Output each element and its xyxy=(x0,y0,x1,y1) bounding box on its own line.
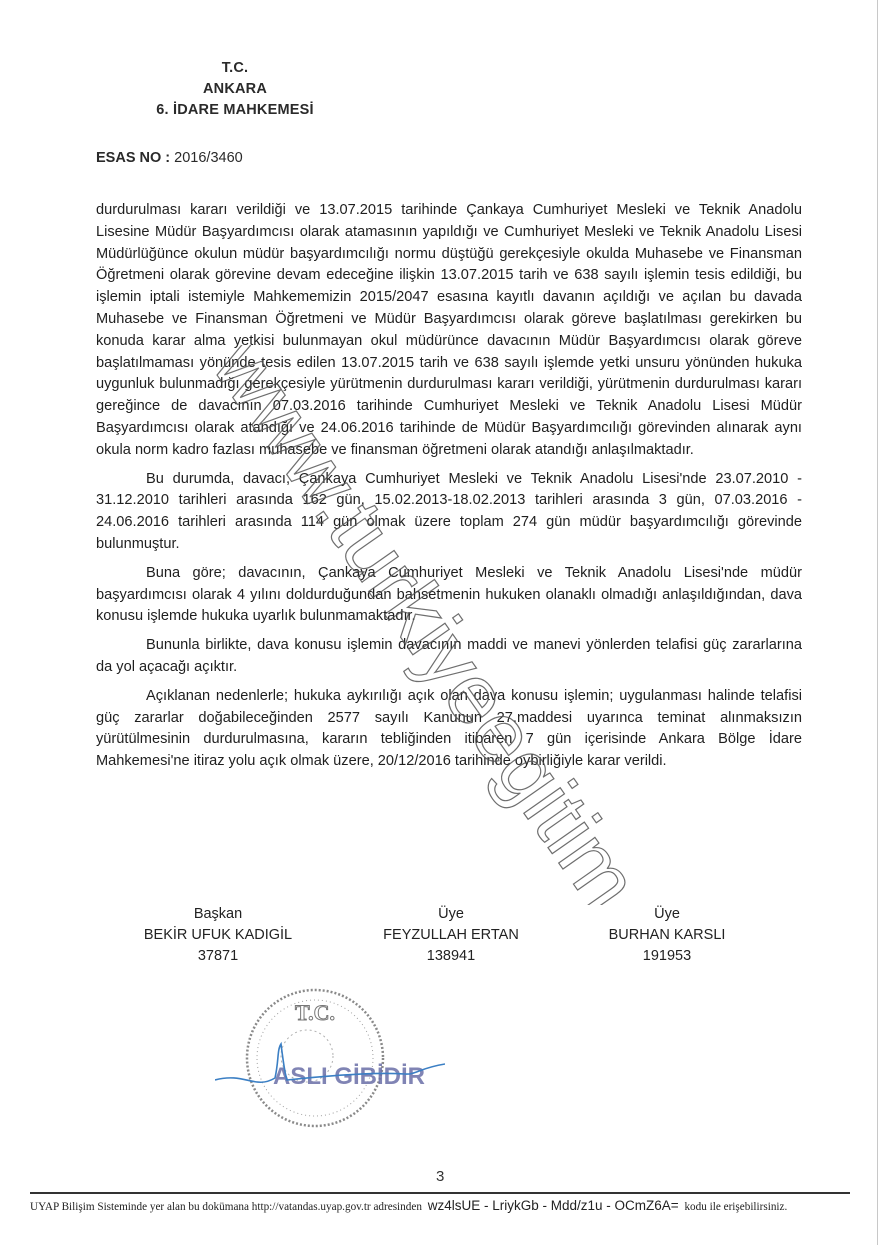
stamp-tc-text: T.C. xyxy=(295,1000,335,1025)
signatory-president: Başkan BEKİR UFUK KADIGİL 37871 xyxy=(118,904,318,967)
signatory-member-2: Üye BURHAN KARSLI 191953 xyxy=(567,904,767,967)
header-court: 6. İDARE MAHKEMESİ xyxy=(100,100,370,121)
footer-prefix: UYAP Bilişim Sisteminde yer alan bu dokü… xyxy=(30,1201,422,1213)
footer-divider xyxy=(30,1192,850,1194)
page-edge xyxy=(877,0,878,1245)
signatory-member-1: Üye FEYZULLAH ERTAN 138941 xyxy=(351,904,551,967)
signatory-role: Üye xyxy=(351,904,551,925)
case-number: ESAS NO : 2016/3460 xyxy=(96,150,243,166)
paragraph: Açıklanan nedenlerle; hukuka aykırılığı … xyxy=(96,686,802,773)
signatory-role: Başkan xyxy=(118,904,318,925)
court-header: T.C. ANKARA 6. İDARE MAHKEMESİ xyxy=(100,58,370,121)
footer-uyap-notice: UYAP Bilişim Sisteminde yer alan bu dokü… xyxy=(30,1198,850,1213)
court-seal-stamp: T.C. ASLI GİBİDİR xyxy=(215,980,445,1130)
signatory-name: BEKİR UFUK KADIGİL xyxy=(118,925,318,946)
header-city: ANKARA xyxy=(100,79,370,100)
case-number-label: ESAS NO : xyxy=(96,150,170,166)
signatory-id: 37871 xyxy=(118,946,318,967)
paragraph: Bu durumda, davacı, Çankaya Cumhuriyet M… xyxy=(96,469,802,556)
footer-verification-code: wz4lsUE - LriykGb - Mdd/z1u - OCmZ6A= xyxy=(428,1198,679,1213)
page-number: 3 xyxy=(436,1168,444,1185)
signatory-id: 138941 xyxy=(351,946,551,967)
signatory-name: FEYZULLAH ERTAN xyxy=(351,925,551,946)
footer-suffix: kodu ile erişebilirsiniz. xyxy=(684,1201,787,1213)
signatory-id: 191953 xyxy=(567,946,767,967)
paragraph: Buna göre; davacının, Çankaya Cumhuriyet… xyxy=(96,563,802,628)
paragraph: durdurulması kararı verildiği ve 13.07.2… xyxy=(96,200,802,462)
paragraph: Bununla birlikte, dava konusu işlemin da… xyxy=(96,635,802,679)
header-tc: T.C. xyxy=(100,58,370,79)
case-number-value: 2016/3460 xyxy=(174,150,243,166)
decision-body: durdurulması kararı verildiği ve 13.07.2… xyxy=(96,200,802,780)
signatory-name: BURHAN KARSLI xyxy=(567,925,767,946)
stamp-certified-text: ASLI GİBİDİR xyxy=(273,1063,425,1090)
signatory-role: Üye xyxy=(567,904,767,925)
